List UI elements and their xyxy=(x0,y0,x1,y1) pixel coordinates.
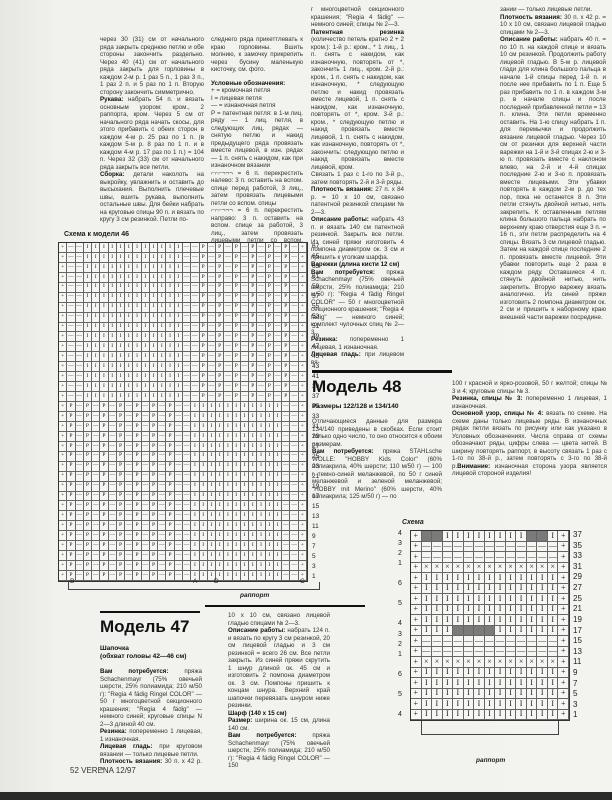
chart-cell: + xyxy=(299,263,307,273)
chart-cell: + xyxy=(299,323,307,333)
chart-cell: I xyxy=(266,422,274,432)
chart-cell: P xyxy=(266,283,274,293)
chart-cell: P xyxy=(150,402,158,412)
chart-cell: I xyxy=(537,699,548,710)
chart-cell: I xyxy=(224,492,232,502)
chart-cell: + xyxy=(558,710,569,721)
chart-cell xyxy=(474,626,485,637)
chart-cell: I xyxy=(92,293,100,303)
chart-cell: P xyxy=(249,332,257,342)
chart-cell: I xyxy=(133,273,141,283)
chart-cell: I xyxy=(109,243,117,253)
chart-cell: I xyxy=(506,626,517,637)
chart-cell: — xyxy=(183,392,191,402)
chart-cell: I xyxy=(241,432,249,442)
chart-cell: — xyxy=(290,492,298,502)
model47-title: Модель 47 xyxy=(100,617,189,637)
chart-cell: I xyxy=(158,342,166,352)
chart-cell: — xyxy=(142,422,150,432)
chart-cell: I xyxy=(158,372,166,382)
chart-cell: I xyxy=(274,432,282,442)
row-number: 51 xyxy=(312,323,319,330)
chart-cell: — xyxy=(109,561,117,571)
chart-cell: I xyxy=(233,472,241,482)
chart-cell: I xyxy=(537,626,548,637)
chart-cell: I xyxy=(216,482,224,492)
chart-cell: P xyxy=(117,482,125,492)
row-number: 3 xyxy=(312,563,316,570)
chart-cell: I xyxy=(266,462,274,472)
row-number: 29 xyxy=(573,572,582,581)
chart-cell: I xyxy=(233,432,241,442)
chart-cell: + xyxy=(558,584,569,595)
chart-cell: I xyxy=(432,605,443,616)
chart-cell: — xyxy=(158,432,166,442)
chart-cell: P xyxy=(67,551,75,561)
cable-right-icon: ⌐⌐⌐¬¬¬ xyxy=(211,207,238,214)
text: набрать 54 п. и вязать основным узором: … xyxy=(100,96,204,171)
col1-p0: через 30 (31) см от начального ряда закр… xyxy=(100,36,204,96)
chart-cell: — xyxy=(183,243,191,253)
chart-cell: I xyxy=(495,710,506,721)
chart-cell: P xyxy=(166,432,174,442)
chart-cell: I xyxy=(200,551,208,561)
chart-cell: I xyxy=(257,551,265,561)
row-number: 7 xyxy=(573,679,577,688)
chart-cell: I xyxy=(241,402,249,412)
chart-cell: P xyxy=(233,263,241,273)
chart-cell: — xyxy=(282,412,290,422)
chart-cell: — xyxy=(548,552,559,563)
chart-cell: I xyxy=(224,412,232,422)
chart-cell: P xyxy=(200,362,208,372)
chart-cell: — xyxy=(109,501,117,511)
chart-cell: — xyxy=(76,521,84,531)
chart-cell: — xyxy=(548,636,559,647)
chart-cell: P xyxy=(216,303,224,313)
chart-cell: I xyxy=(216,531,224,541)
chart-cell: I xyxy=(274,412,282,422)
chart-cell: — xyxy=(92,531,100,541)
chart-cell: I xyxy=(100,303,108,313)
chart-cell: + xyxy=(411,699,422,710)
chart-cell: I xyxy=(274,571,282,581)
chart-cell: P xyxy=(216,362,224,372)
chart-cell: I xyxy=(422,689,433,700)
chart-cell: — xyxy=(183,323,191,333)
chart-cell: I xyxy=(208,561,216,571)
row-number: 13 xyxy=(312,513,319,520)
chart-cell: + xyxy=(299,243,307,253)
chart-cell: — xyxy=(290,293,298,303)
chart-cell: I xyxy=(474,699,485,710)
chart-cell: I xyxy=(224,422,232,432)
chart-cell: + xyxy=(299,303,307,313)
chart-cell: — xyxy=(290,352,298,362)
chart-cell: — xyxy=(191,372,199,382)
chart-cell: — xyxy=(92,442,100,452)
chart-cell: I xyxy=(175,372,183,382)
chart-cell: I xyxy=(133,342,141,352)
chart-cell: I xyxy=(191,402,199,412)
chart-cell: — xyxy=(474,542,485,553)
chart-cell: P xyxy=(100,561,108,571)
chart-cell: — xyxy=(274,362,282,372)
chart-cell: I xyxy=(537,584,548,595)
chart-cell: + xyxy=(299,442,307,452)
chart-cell: — xyxy=(274,283,282,293)
chart-cell: I xyxy=(274,541,282,551)
chart-cell: P xyxy=(200,392,208,402)
chart-cell: — xyxy=(175,561,183,571)
chart-cell: I xyxy=(100,352,108,362)
chart-cell: — xyxy=(125,402,133,412)
text: Связать 1 раз с 1-го по 3-й р., затем по… xyxy=(311,171,404,186)
chart-cell: I xyxy=(485,605,496,616)
chart-cell: P xyxy=(133,472,141,482)
chart-cell: — xyxy=(257,362,265,372)
chart-cell: — xyxy=(241,382,249,392)
chart-cell: + xyxy=(299,273,307,283)
chart-cell: + xyxy=(59,283,67,293)
chart-cell: I xyxy=(443,710,454,721)
chart-cell: I xyxy=(150,263,158,273)
label: Описание работы: xyxy=(228,627,285,634)
chart-cell: I xyxy=(158,283,166,293)
chart-cell: — xyxy=(274,303,282,313)
chart-cell: × xyxy=(516,563,527,574)
chart-cell: I xyxy=(274,422,282,432)
text: Отличающиеся данные для размера 134/140 … xyxy=(312,418,442,448)
chart-cell: I xyxy=(495,531,506,542)
chart-cell: I xyxy=(495,678,506,689)
chart-cell: P xyxy=(67,511,75,521)
chart-cell: + xyxy=(299,412,307,422)
chart-cell: I xyxy=(485,699,496,710)
chart-cell: I xyxy=(257,561,265,571)
chart-cell: — xyxy=(175,521,183,531)
chart-cell: I xyxy=(109,293,117,303)
chart-cell: I xyxy=(142,243,150,253)
chart-cell: I xyxy=(109,273,117,283)
chart-cell: I xyxy=(506,689,517,700)
chart-cell: P xyxy=(117,472,125,482)
chart-cell: + xyxy=(299,362,307,372)
chart-cell: I xyxy=(200,511,208,521)
chart-cell: I xyxy=(200,541,208,551)
chart-cell: P xyxy=(117,462,125,472)
chart-cell: — xyxy=(282,422,290,432)
chart-cell: P xyxy=(117,541,125,551)
chart-cell: I xyxy=(100,332,108,342)
chart-cell: I xyxy=(266,452,274,462)
chart-cell: P xyxy=(100,422,108,432)
chart-cell: + xyxy=(59,571,67,581)
chart-cell: P xyxy=(150,432,158,442)
chart-cell: I xyxy=(142,323,150,333)
chart-cell: I xyxy=(109,283,117,293)
chart-cell: I xyxy=(495,584,506,595)
chart-cell: I xyxy=(117,342,125,352)
chart-cell: P xyxy=(249,243,257,253)
chart-cell: + xyxy=(59,452,67,462)
chart-cell: — xyxy=(183,293,191,303)
chart-cell: I xyxy=(125,323,133,333)
chart-cell: — xyxy=(125,551,133,561)
chart-cell: — xyxy=(432,542,443,553)
chart-cell: — xyxy=(158,452,166,462)
chart-cell: — xyxy=(443,542,454,553)
chart-cell: — xyxy=(464,552,475,563)
chart-cell: I xyxy=(100,243,108,253)
chart-cell: I xyxy=(241,511,249,521)
chart-cell: — xyxy=(67,283,75,293)
chart-cell: I xyxy=(274,531,282,541)
chart-cell: P xyxy=(166,561,174,571)
chart-cell: I xyxy=(432,689,443,700)
chart-cell: I xyxy=(266,442,274,452)
chart-cell: I xyxy=(200,462,208,472)
chart-cell: P xyxy=(200,303,208,313)
chart-cell: + xyxy=(299,541,307,551)
row-number: 49 xyxy=(312,333,319,340)
chart-cell: — xyxy=(183,253,191,263)
chart-cell: — xyxy=(257,273,265,283)
chart-cell: — xyxy=(224,362,232,372)
chart-cell: — xyxy=(125,531,133,541)
row-number: 45 xyxy=(312,353,319,360)
chart-cell: I xyxy=(208,501,216,511)
chart-cell: I xyxy=(233,422,241,432)
chart-cell: P xyxy=(100,472,108,482)
row-number: 11 xyxy=(312,523,319,530)
chart-cell: P xyxy=(200,293,208,303)
chart-cell: — xyxy=(290,541,298,551)
chart-cell: I xyxy=(191,432,199,442)
chart-cell: I xyxy=(142,382,150,392)
chart-cell: I xyxy=(527,699,538,710)
chart-cell: P xyxy=(266,332,274,342)
chart-cell: I xyxy=(516,710,527,721)
chart-cell: I xyxy=(266,501,274,511)
chart-cell: I xyxy=(464,678,475,689)
chart-cell: I xyxy=(158,263,166,273)
chart-cell: — xyxy=(76,442,84,452)
chart-cell: — xyxy=(208,293,216,303)
chart-cell: I xyxy=(191,501,199,511)
chart-cell: — xyxy=(76,571,84,581)
chart48-row-numbers: 3735333129272521191715131197531 xyxy=(573,530,593,721)
chart-cell: I xyxy=(200,501,208,511)
chart-cell: I xyxy=(208,472,216,482)
chart-cell: I xyxy=(443,594,454,605)
chart-cell: + xyxy=(59,253,67,263)
label: Описание работы: xyxy=(311,216,369,223)
chart-cell: I xyxy=(200,412,208,422)
chart-cell: × xyxy=(443,657,454,668)
chart-cell: — xyxy=(76,352,84,362)
chart-cell: I xyxy=(158,293,166,303)
chart-cell: — xyxy=(175,432,183,442)
chart-cell: I xyxy=(422,605,433,616)
chart-cell: P xyxy=(249,342,257,352)
chart-cell: I xyxy=(464,605,475,616)
chart-cell: I xyxy=(84,303,92,313)
chart-cell: I xyxy=(133,243,141,253)
chart-cell: — xyxy=(290,283,298,293)
chart-cell: I xyxy=(432,668,443,679)
chart-cell: — xyxy=(432,552,443,563)
chart-cell: I xyxy=(233,462,241,472)
label: Патентная резинка xyxy=(311,29,404,36)
chart-cell: — xyxy=(257,382,265,392)
chart-cell: P xyxy=(233,382,241,392)
chart-cell: — xyxy=(208,392,216,402)
chart-cell: I xyxy=(216,452,224,462)
text: пряжа Schachenmayr (75% овечьей шерсти, … xyxy=(100,668,202,728)
chart-cell: I xyxy=(175,303,183,313)
chart-cell: — xyxy=(241,352,249,362)
chart-cell: I xyxy=(257,501,265,511)
chart-cell: — xyxy=(76,263,84,273)
color-number: 5 xyxy=(398,600,402,607)
chart-cell: I xyxy=(527,594,538,605)
chart-cell: I xyxy=(257,531,265,541)
chart-cell: I xyxy=(84,323,92,333)
chart-cell: I xyxy=(443,668,454,679)
chart-cell: I xyxy=(200,492,208,502)
chart-cell: I xyxy=(191,442,199,452)
chart-cell: — xyxy=(183,352,191,362)
chart-cell: I xyxy=(527,573,538,584)
chart-cell: P xyxy=(249,273,257,283)
chart-cell: + xyxy=(299,472,307,482)
chart-cell: I xyxy=(474,710,485,721)
chart-cell: P xyxy=(117,452,125,462)
chart-cell: — xyxy=(274,372,282,382)
chart-cell: I xyxy=(506,668,517,679)
chart-cell: — xyxy=(208,303,216,313)
chart-cell: — xyxy=(495,542,506,553)
chart-cell: I xyxy=(92,352,100,362)
chart-cell: — xyxy=(76,501,84,511)
chart-cell: — xyxy=(506,552,517,563)
chart-cell: P xyxy=(282,243,290,253)
chart-cell: I xyxy=(117,303,125,313)
chart48-rapport-label: раппорт xyxy=(476,757,505,764)
chart-cell: — xyxy=(76,392,84,402)
chart-cell: — xyxy=(274,273,282,283)
chart-cell: — xyxy=(109,472,117,482)
chart-cell: P xyxy=(100,412,108,422)
model48-rule xyxy=(312,370,452,373)
row-number: 9 xyxy=(573,668,577,677)
model48-right-text: 100 г красной и ярко-розовой, 50 г желто… xyxy=(452,380,607,478)
chart-cell: I xyxy=(224,571,232,581)
chart-cell: I xyxy=(92,313,100,323)
chart-cell: — xyxy=(274,342,282,352)
chart-cell: — xyxy=(282,492,290,502)
chart-cell: I xyxy=(516,531,527,542)
chart-cell: I xyxy=(422,573,433,584)
chart-cell: — xyxy=(183,402,191,412)
chart-cell: — xyxy=(183,501,191,511)
chart-cell: P xyxy=(117,511,125,521)
chart-cell: — xyxy=(257,283,265,293)
chart-cell: I xyxy=(191,521,199,531)
chart-cell: I xyxy=(117,293,125,303)
chart-cell: — xyxy=(76,243,84,253)
chart-cell: I xyxy=(200,531,208,541)
chart-cell: P xyxy=(133,432,141,442)
chart-cell: — xyxy=(290,551,298,561)
chart-cell: I xyxy=(208,442,216,452)
chart-cell: P xyxy=(150,442,158,452)
chart-cell: I xyxy=(150,303,158,313)
chart-cell: I xyxy=(216,402,224,412)
chart-cell: P xyxy=(166,482,174,492)
chart-cell: — xyxy=(241,392,249,402)
model47-subtitle1: Шапочка xyxy=(100,645,129,653)
chart-cell: P xyxy=(266,352,274,362)
chart-cell: I xyxy=(537,678,548,689)
chart-cell: + xyxy=(411,573,422,584)
chart-cell: + xyxy=(558,699,569,710)
chart-cell: I xyxy=(133,293,141,303)
row-number: 67 xyxy=(312,243,319,250)
chart-cell: I xyxy=(84,362,92,372)
chart-cell: — xyxy=(125,561,133,571)
chart-cell: I xyxy=(464,699,475,710)
chart-cell: I xyxy=(92,303,100,313)
chart-cell: I xyxy=(422,710,433,721)
chart-cell: I xyxy=(266,531,274,541)
chart-cell: I xyxy=(495,668,506,679)
chart-cell: + xyxy=(411,552,422,563)
chart-cell: I xyxy=(125,293,133,303)
chart-cell: + xyxy=(411,647,422,658)
chart-cell: I xyxy=(150,293,158,303)
chart-cell: P xyxy=(67,501,75,511)
chart-cell: I xyxy=(142,273,150,283)
chart-cell: — xyxy=(516,552,527,563)
chart-cell: P xyxy=(100,452,108,462)
chart-cell: × xyxy=(464,657,475,668)
chart-cell: P xyxy=(216,253,224,263)
chart-cell: I xyxy=(548,584,559,595)
chart-cell: I xyxy=(249,541,257,551)
chart-cell: I xyxy=(100,372,108,382)
chart-cell: I xyxy=(224,432,232,442)
chart-cell: I xyxy=(191,561,199,571)
label: Рукава: xyxy=(100,96,123,103)
chart-cell: — xyxy=(76,323,84,333)
chart-cell: — xyxy=(257,243,265,253)
chart-cell: × xyxy=(443,563,454,574)
chart-cell: — xyxy=(142,432,150,442)
chart-cell: I xyxy=(257,462,265,472)
chart-cell: I xyxy=(208,432,216,442)
chart-cell: I xyxy=(125,313,133,323)
chart-cell: — xyxy=(125,442,133,452)
label: Сборка: xyxy=(100,171,124,178)
chart-cell: + xyxy=(299,561,307,571)
chart-cell: P xyxy=(84,482,92,492)
chart-cell: — xyxy=(158,571,166,581)
chart-cell: + xyxy=(558,668,569,679)
chart-cell: — xyxy=(175,531,183,541)
chart-cell: I xyxy=(150,283,158,293)
